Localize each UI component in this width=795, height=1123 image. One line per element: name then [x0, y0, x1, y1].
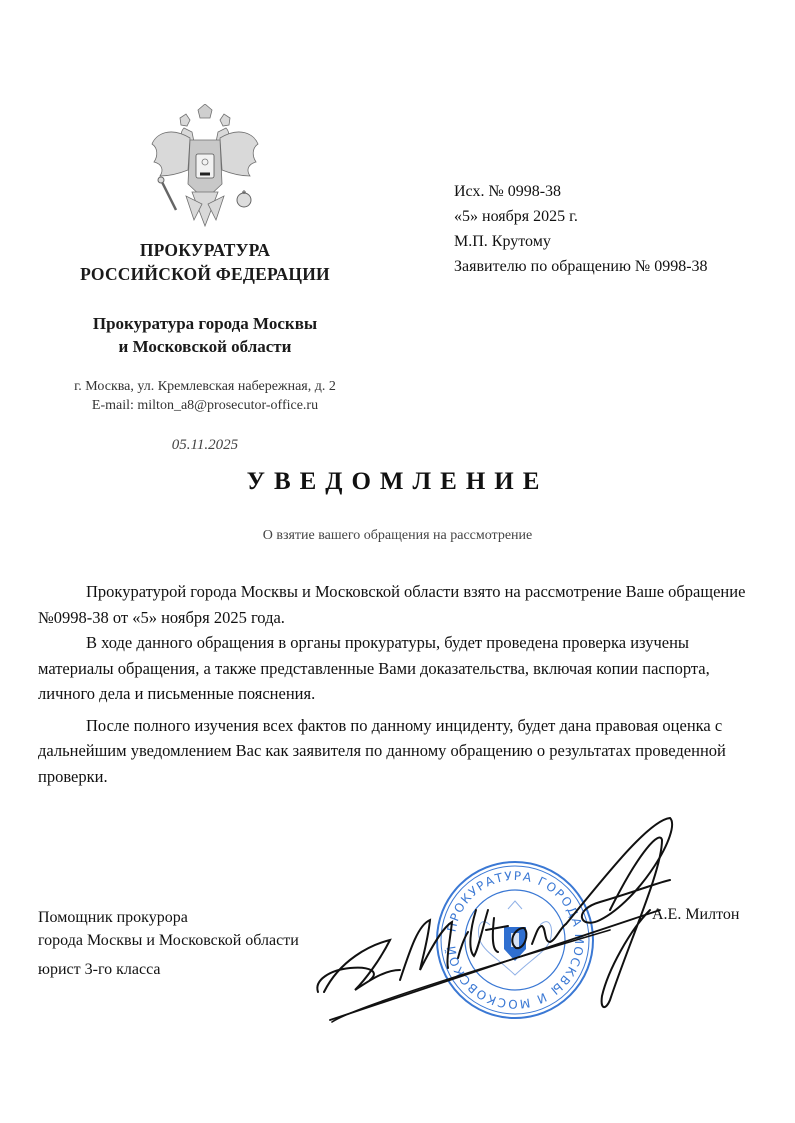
- org-line-2: РОССИЙСКОЙ ФЕДЕРАЦИИ: [40, 262, 370, 286]
- suborg-line-1: Прокуратура города Москвы: [40, 312, 370, 335]
- document-body: Прокуратурой города Москвы и Московской …: [38, 579, 750, 789]
- signer-position: Помощник прокурора города Москвы и Моско…: [38, 906, 299, 981]
- outgoing-number: Исх. № 0998-38: [454, 179, 708, 204]
- body-paragraph: Прокуратурой города Москвы и Московской …: [38, 579, 750, 630]
- recipient-name: М.П. Крутому: [454, 229, 708, 254]
- email: E-mail: milton_a8@prosecutor-office.ru: [40, 396, 370, 415]
- double-headed-eagle-emblem-icon: [150, 104, 260, 232]
- recipient-role: Заявителю по обращению № 0998-38: [454, 254, 708, 279]
- body-paragraph: После полного изучения всех фактов по да…: [38, 713, 750, 790]
- address: г. Москва, ул. Кремлевская набережная, д…: [40, 377, 370, 396]
- document-subtitle: О взятие вашего обращения на рассмотрени…: [0, 528, 795, 544]
- addressee-date: «5» ноября 2025 г.: [454, 204, 708, 229]
- addressee-block: Исх. № 0998-38 «5» ноября 2025 г. М.П. К…: [454, 179, 708, 279]
- suborg-line-2: и Московской области: [40, 335, 370, 358]
- header-date: 05.11.2025: [40, 437, 370, 454]
- body-paragraph: В ходе данного обращения в органы прокур…: [38, 630, 750, 707]
- handwritten-signature: [310, 810, 690, 1040]
- position-line-1: Помощник прокурора: [38, 906, 299, 929]
- organization-name: ПРОКУРАТУРА РОССИЙСКОЙ ФЕДЕРАЦИИ: [40, 238, 370, 286]
- sub-organization-name: Прокуратура города Москвы и Московской о…: [40, 312, 370, 358]
- position-line-2: города Москвы и Московской области: [38, 929, 299, 952]
- signer-rank: юрист 3-го класса: [38, 958, 299, 981]
- document-title: УВЕДОМЛЕНИЕ: [0, 468, 795, 496]
- organization-contacts: г. Москва, ул. Кремлевская набережная, д…: [40, 377, 370, 415]
- org-line-1: ПРОКУРАТУРА: [40, 238, 370, 262]
